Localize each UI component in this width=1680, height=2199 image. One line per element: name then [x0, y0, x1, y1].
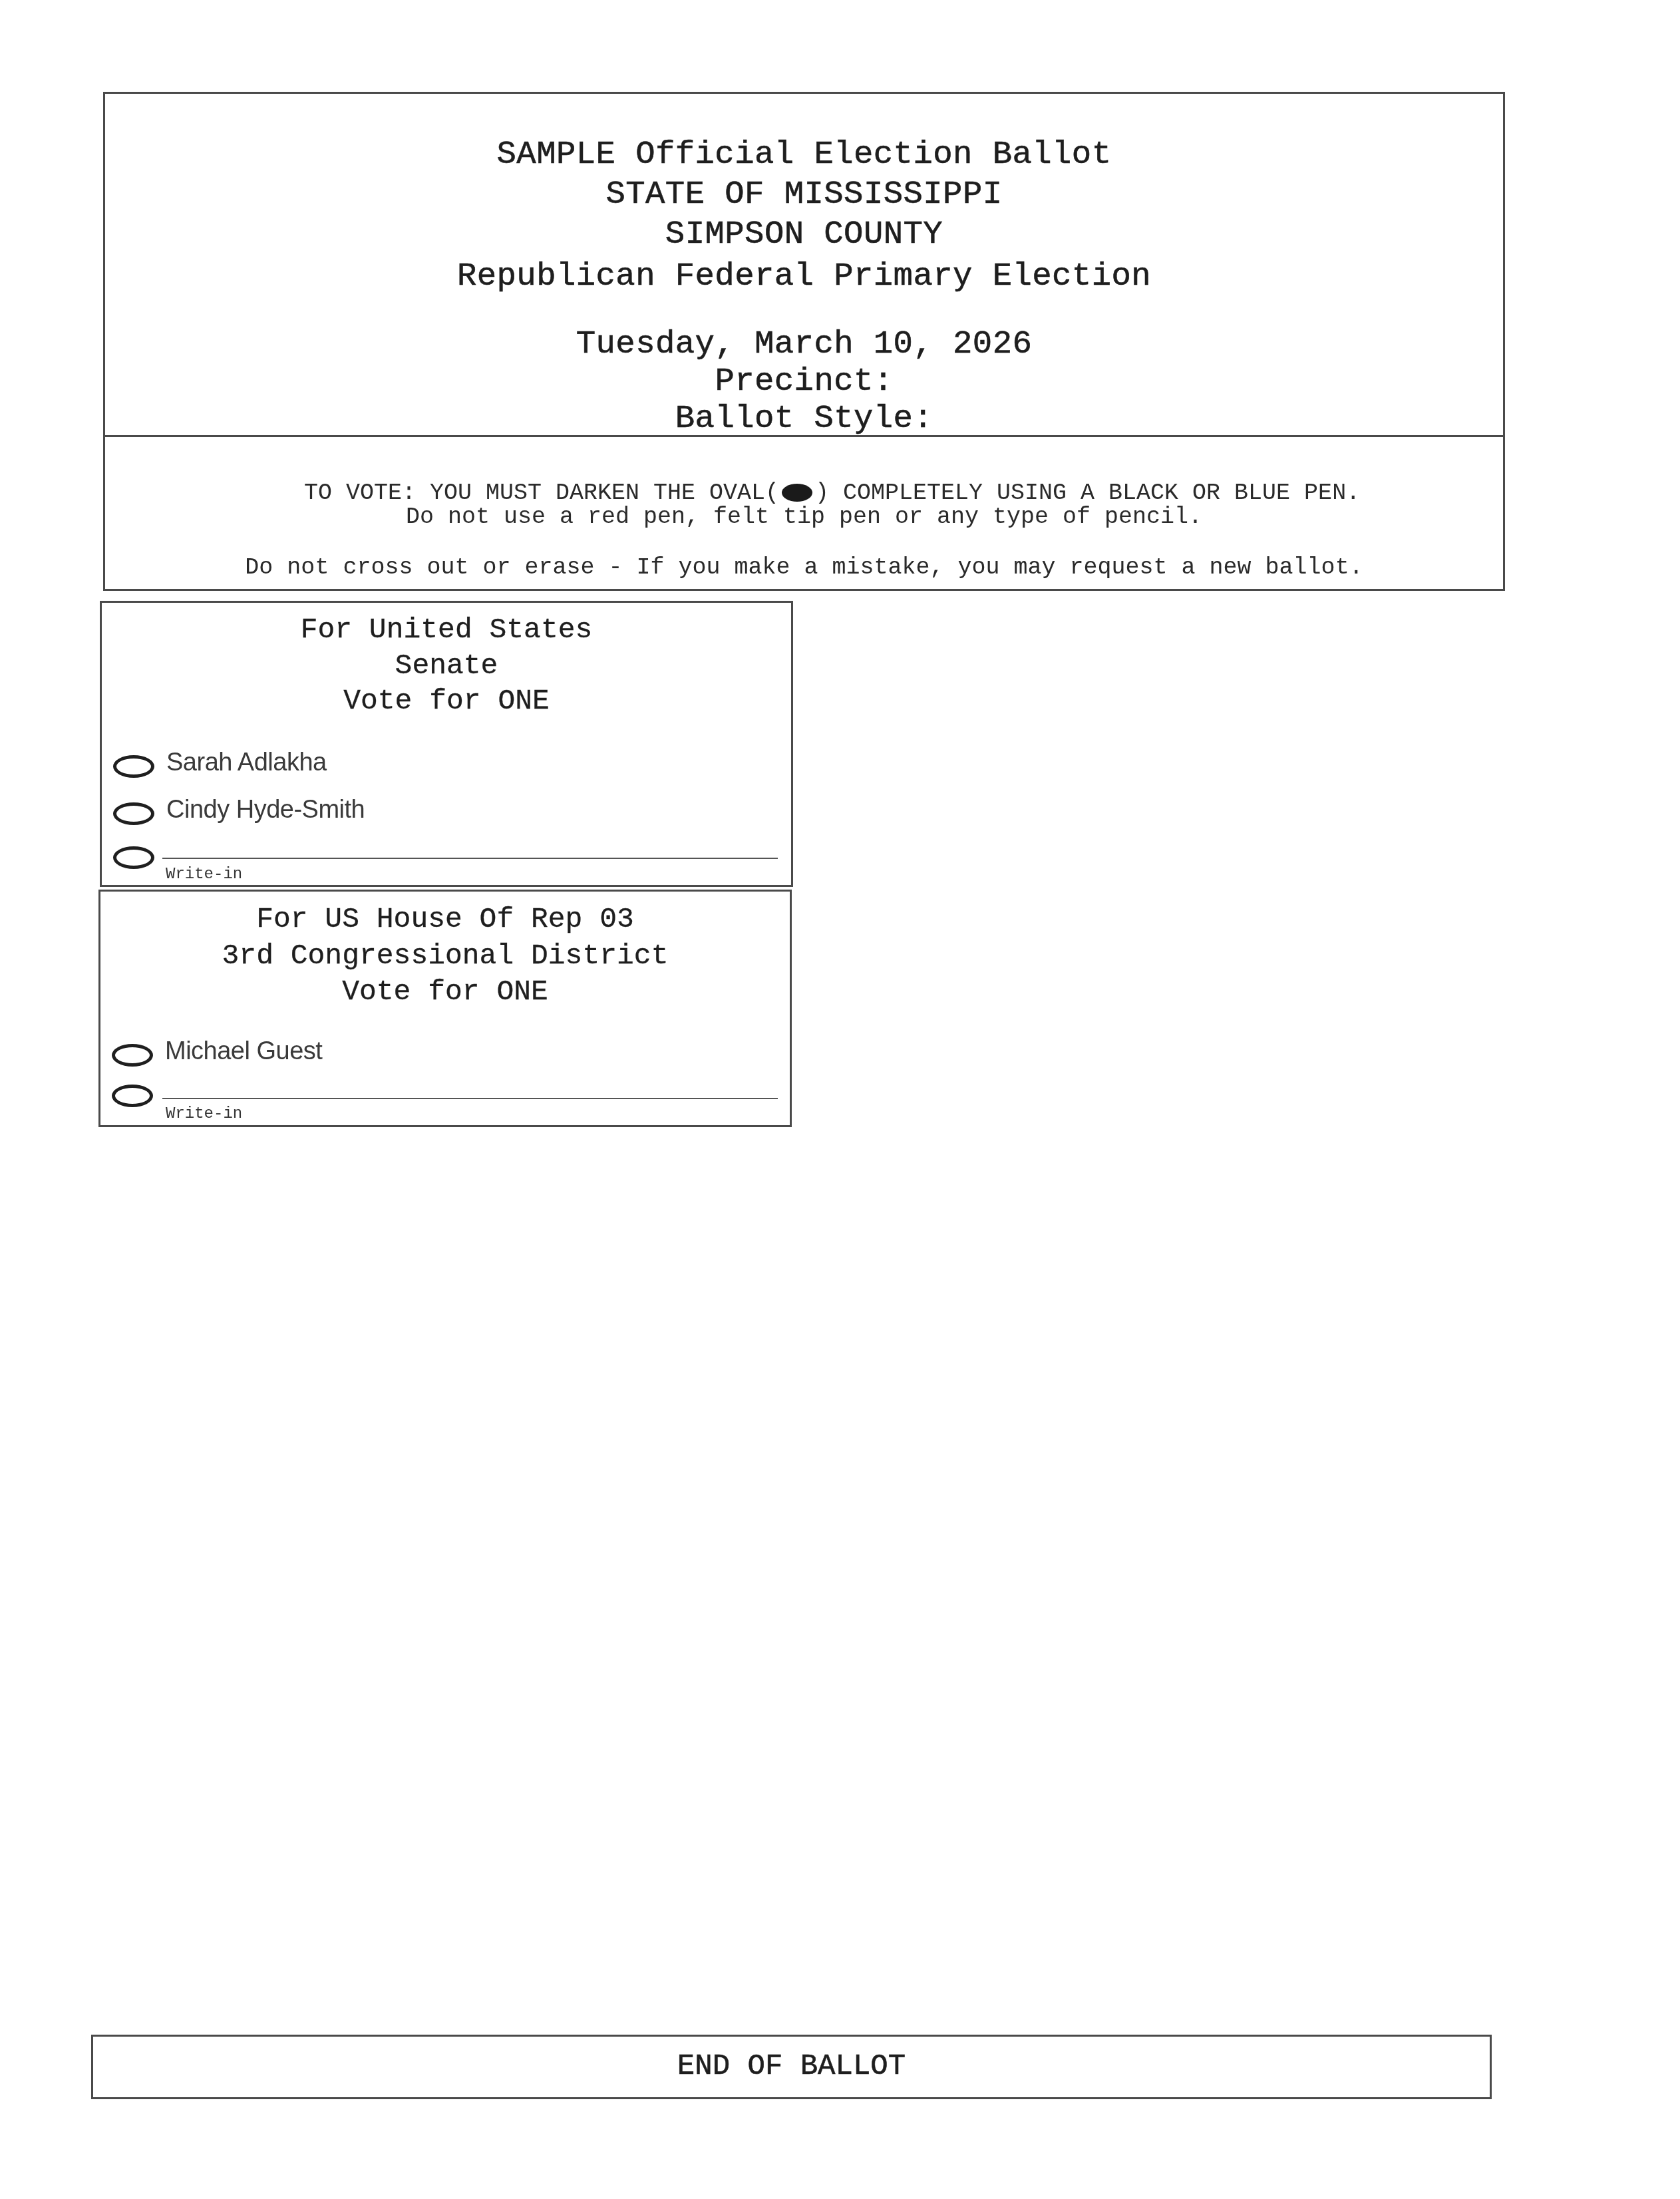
state-name: STATE OF MISSISSIPPI	[103, 176, 1505, 213]
ballot-title: SAMPLE Official Election Ballot	[103, 136, 1505, 173]
write-in-field[interactable]	[162, 858, 778, 859]
election-date: Tuesday, March 10, 2026	[103, 325, 1505, 363]
empty-oval-icon[interactable]	[113, 755, 154, 778]
ballot-header: SAMPLE Official Election Ballot STATE OF…	[103, 92, 1505, 435]
contest-title-line-1: For US House Of Rep 03	[100, 902, 790, 937]
instruction-line-3: Do not cross out or erase - If you make …	[103, 554, 1505, 581]
candidate-name[interactable]: Cindy Hyde-Smith	[166, 795, 365, 824]
contest-title-line-1: For United States	[102, 613, 791, 647]
contest-title-line-2: Senate	[102, 649, 791, 683]
instruction-text-after: ) COMPLETELY USING A BLACK OR BLUE PEN.	[815, 480, 1360, 506]
filled-oval-icon	[782, 484, 812, 502]
contest-us-house-03: For US House Of Rep 03 3rd Congressional…	[98, 890, 792, 1127]
precinct-label: Precinct:	[103, 363, 1505, 400]
write-in-label: Write-in	[166, 1105, 242, 1124]
empty-oval-icon[interactable]	[112, 1085, 153, 1107]
end-of-ballot-box: END OF BALLOT	[91, 2035, 1492, 2099]
write-in-field[interactable]	[162, 1098, 778, 1099]
empty-oval-icon[interactable]	[113, 802, 154, 825]
county-name: SIMPSON COUNTY	[103, 216, 1505, 253]
end-of-ballot-label: END OF BALLOT	[93, 2050, 1490, 2083]
vote-for-instruction: Vote for ONE	[100, 975, 790, 1009]
candidate-name[interactable]: Sarah Adlakha	[166, 748, 327, 777]
instruction-text-before: TO VOTE: YOU MUST DARKEN THE OVAL(	[304, 480, 779, 506]
empty-oval-icon[interactable]	[112, 1044, 153, 1067]
contest-us-senate: For United States Senate Vote for ONE Sa…	[100, 601, 793, 887]
election-name: Republican Federal Primary Election	[103, 257, 1505, 295]
ballot-style-label: Ballot Style:	[103, 400, 1505, 437]
instruction-line-2: Do not use a red pen, felt tip pen or an…	[103, 504, 1505, 530]
contest-title-line-2: 3rd Congressional District	[100, 939, 790, 973]
empty-oval-icon[interactable]	[113, 846, 154, 869]
write-in-label: Write-in	[166, 866, 242, 884]
candidate-name[interactable]: Michael Guest	[165, 1037, 322, 1066]
vote-for-instruction: Vote for ONE	[102, 684, 791, 719]
voting-instructions: TO VOTE: YOU MUST DARKEN THE OVAL() COMP…	[103, 437, 1505, 589]
